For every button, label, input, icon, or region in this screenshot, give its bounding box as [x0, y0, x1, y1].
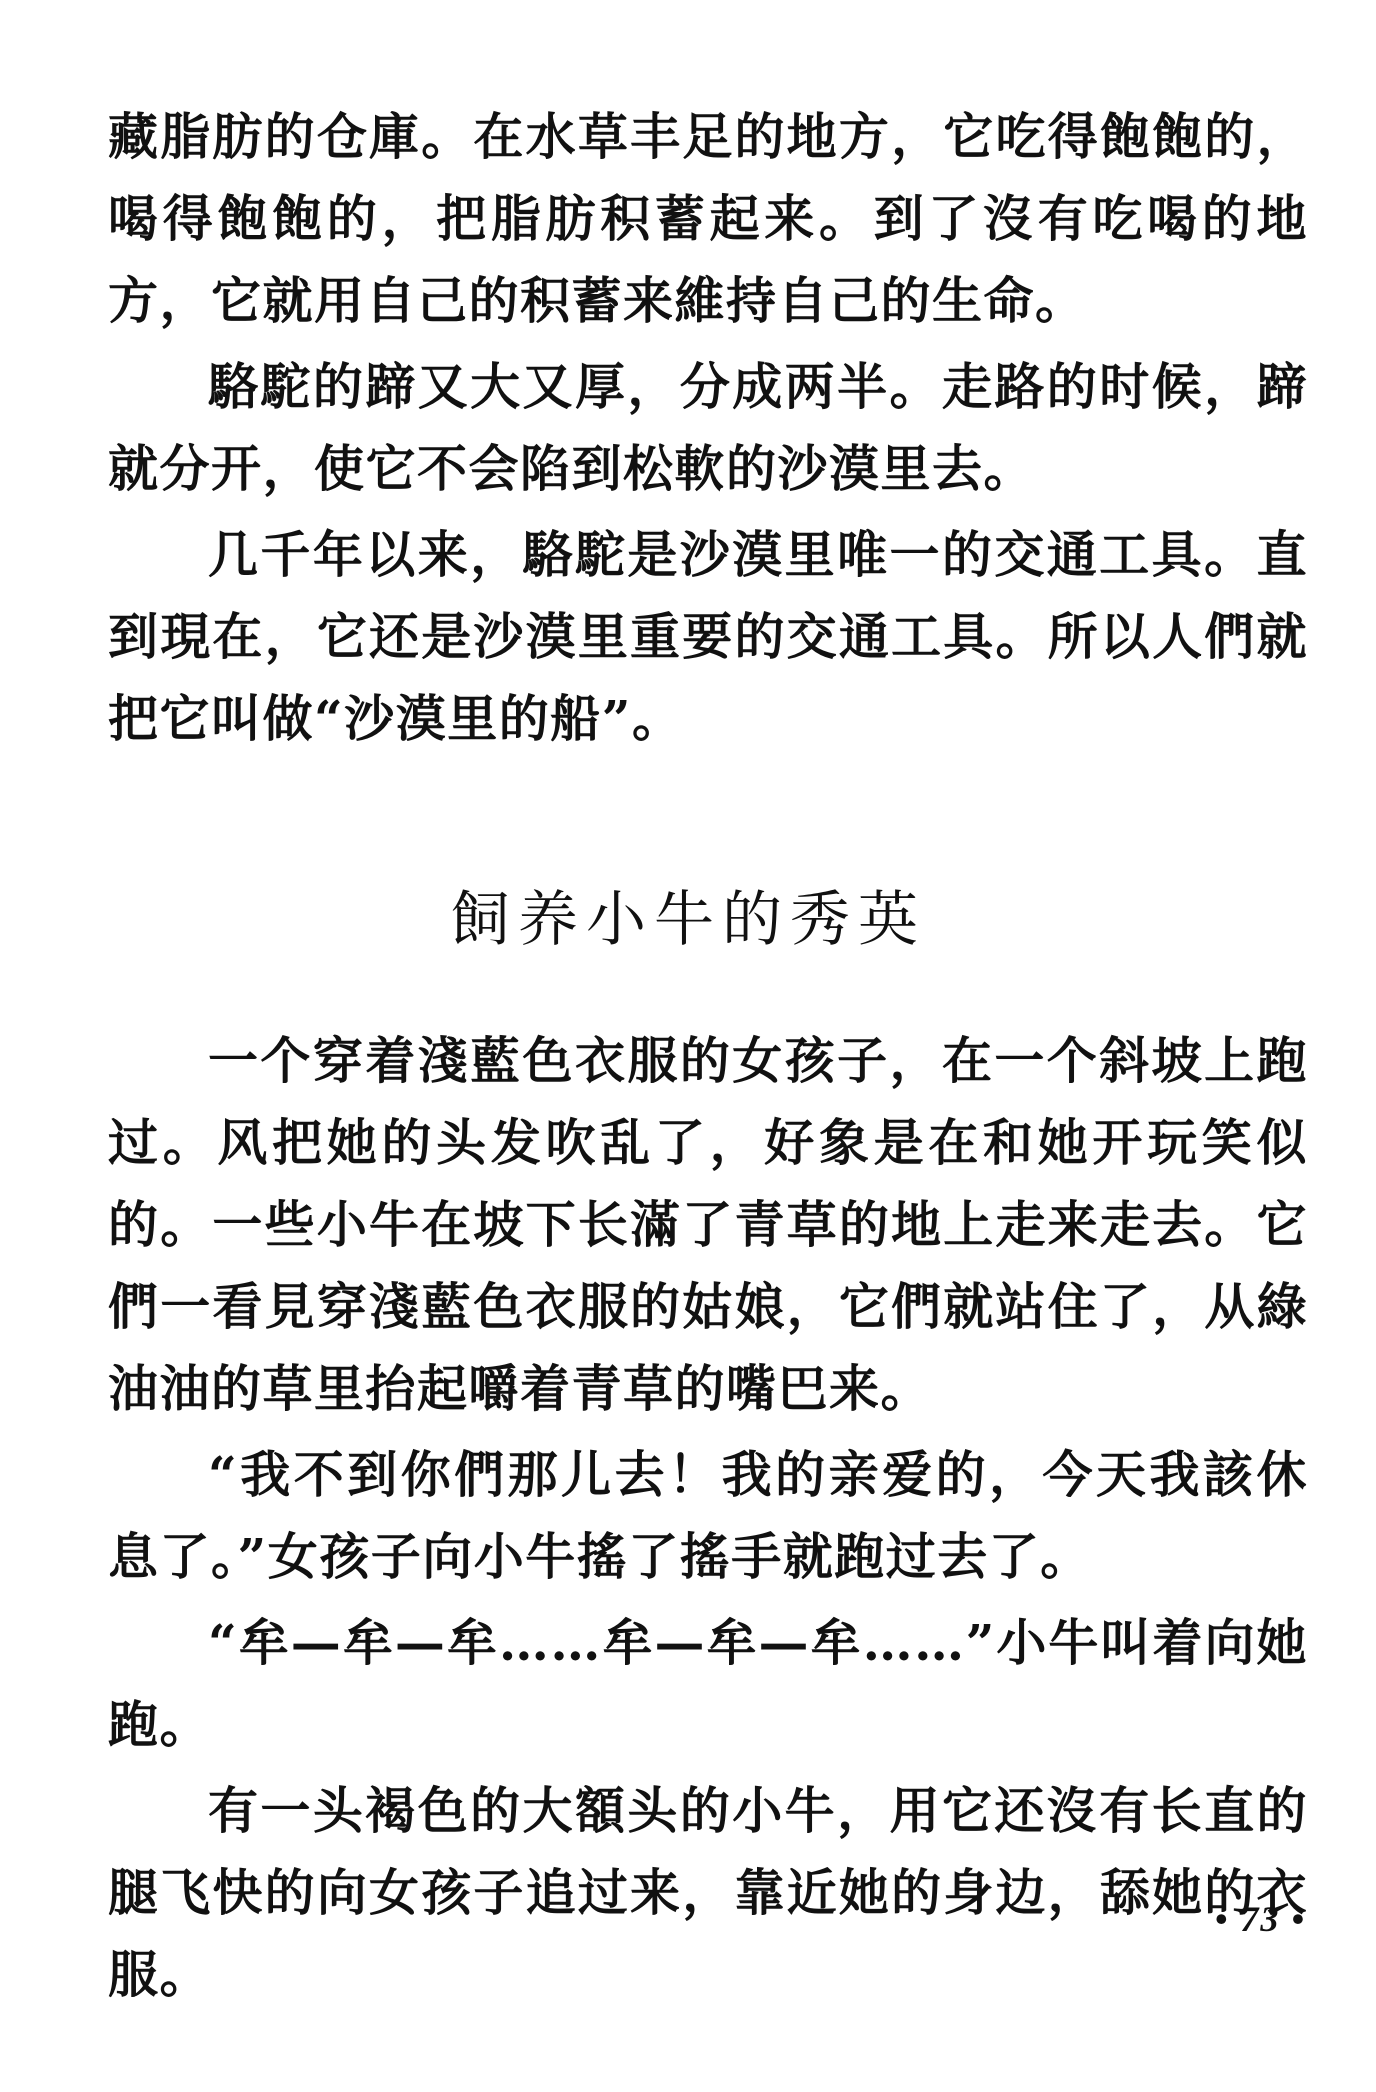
paragraph-calves-moo: “牟—牟—牟……牟—牟—牟……”小牛叫着向她跑。 — [108, 1602, 1308, 1766]
page-number: • 73 • — [1215, 1898, 1306, 1940]
paragraph-camel-hooves: 駱駝的蹄又大又厚，分成两半。走路的时候，蹄就分开，使它不会陷到松軟的沙漠里去。 — [108, 346, 1308, 510]
text-block-xiuying: 一个穿着淺藍色衣服的女孩子，在一个斜坡上跑过。风把她的头发吹乱了，好象是在和她开… — [108, 1020, 1308, 2016]
paragraph-brown-calf: 有一头褐色的大額头的小牛，用它还沒有长直的腿飞快的向女孩子追过来，靠近她的身边，… — [108, 1770, 1308, 2016]
paragraph-fat-storage: 藏脂肪的仓庫。在水草丰足的地方，它吃得飽飽的，喝得飽飽的，把脂肪积蓄起来。到了沒… — [108, 96, 1308, 342]
paragraph-girl-running: 一个穿着淺藍色衣服的女孩子，在一个斜坡上跑过。风把她的头发吹乱了，好象是在和她开… — [108, 1020, 1308, 1430]
section-title: 飼养小牛的秀英 — [0, 872, 1376, 958]
paragraph-girl-speech: “我不到你們那儿去！我的亲爱的，今天我該休息了。”女孩子向小牛搖了搖手就跑过去了… — [108, 1434, 1308, 1598]
text-block-camel: 藏脂肪的仓庫。在水草丰足的地方，它吃得飽飽的，喝得飽飽的，把脂肪积蓄起来。到了沒… — [108, 96, 1308, 760]
paragraph-ship-of-desert: 几千年以来，駱駝是沙漠里唯一的交通工具。直到現在，它还是沙漠里重要的交通工具。所… — [108, 514, 1308, 760]
